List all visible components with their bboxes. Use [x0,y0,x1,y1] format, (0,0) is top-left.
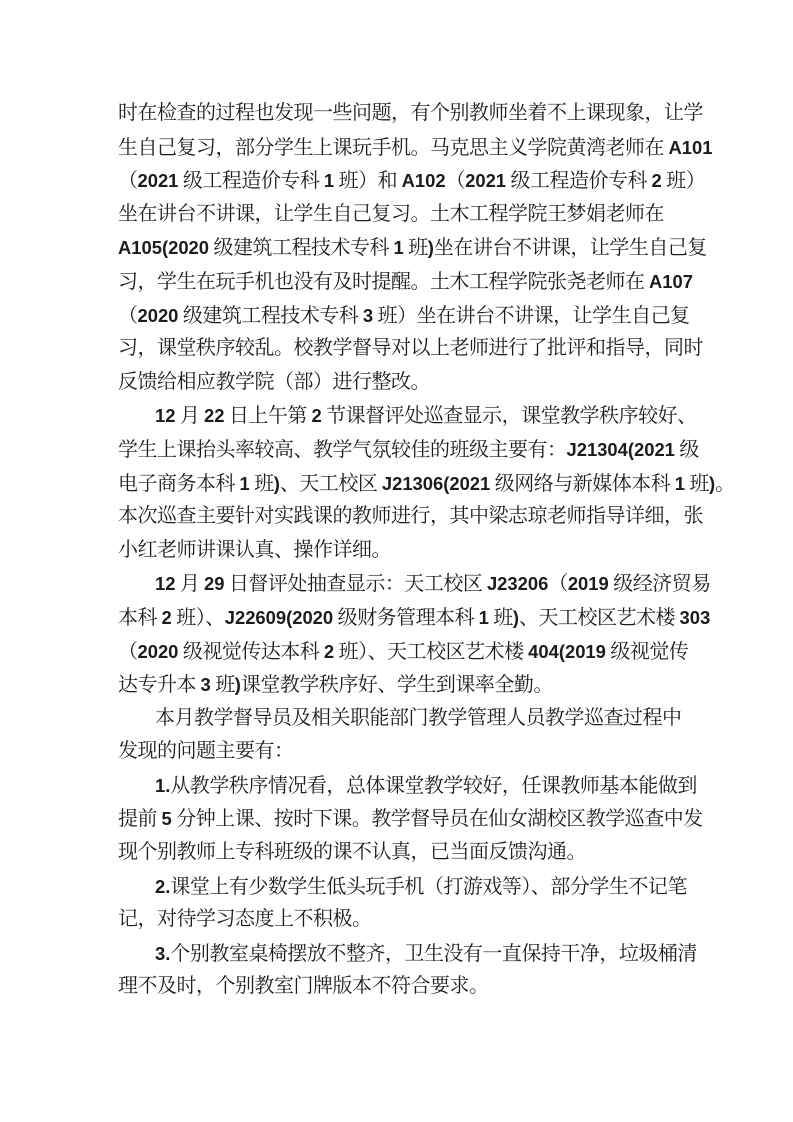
text-line: 理不及时，个别教室门牌版本不符合要求。 [118,970,683,1004]
paragraph-7-numbered-item-3: 3.个别教室桌椅摆放不整齐，卫生没有一直保持干净，垃圾桶清 理不及时，个别教室门… [118,937,683,1004]
document-text-body: 时在检查的过程也发现一些问题，有个别教师坐着不上课现象，让学 生自己复习，部分学… [118,97,683,1004]
text-line: 现个别教师上专科班级的课不认真，已当面反馈沟通。 [118,836,683,870]
text-line: 小红老师讲课认真、操作详细。 [118,534,683,568]
paragraph-3: 12 月 29 日督评处抽查显示：天工校区 J23206（2019 级经济贸易 … [118,567,683,701]
text-line: 12 月 22 日上午第 2 节课督评处巡查显示，课堂教学秩序较好、 [118,399,683,433]
text-line: 坐在讲台不讲课，让学生自己复习。土木工程学院王梦娟老师在 [118,198,683,232]
text-line: 发现的问题主要有： [118,735,683,769]
text-line: 学生上课抬头率较高、教学气氛较佳的班级主要有：J21304(2021 级 [118,433,683,467]
text-line: 习，学生在玩手机也没有及时提醒。土木工程学院张尧老师在 A107 [118,265,683,299]
text-line: 1.从教学秩序情况看，总体课堂教学较好，任课教师基本能做到 [118,769,683,803]
text-line: （2020 级建筑工程技术专科 3 班）坐在讲台不讲课，让学生自己复 [118,299,683,333]
text-line: 达专升本 3 班)课堂教学秩序好、学生到课率全勤。 [118,668,683,702]
paragraph-5-numbered-item-1: 1.从教学秩序情况看，总体课堂教学较好，任课教师基本能做到 提前 5 分钟上课、… [118,769,683,870]
text-line: 习，课堂秩序较乱。校教学督导对以上老师进行了批评和指导，同时 [118,332,683,366]
text-line: 本次巡查主要针对实践课的教师进行，其中梁志琼老师指导详细，张 [118,500,683,534]
text-line: 生自己复习，部分学生上课玩手机。马克思主义学院黄湾老师在 A101 [118,131,683,165]
document-page: 时在检查的过程也发现一些问题，有个别教师坐着不上课现象，让学 生自己复习，部分学… [0,0,793,1122]
text-line: 记，对待学习态度上不积极。 [118,903,683,937]
text-line: 电子商务本科 1 班)、天工校区 J21306(2021 级网络与新媒体本科 1… [118,467,683,501]
text-line: 反馈给相应教学院（部）进行整改。 [118,366,683,400]
text-line: 12 月 29 日督评处抽查显示：天工校区 J23206（2019 级经济贸易 [118,567,683,601]
text-line: 本月教学督导员及相关职能部门教学管理人员教学巡查过程中 [118,702,683,736]
text-line: （2021 级工程造价专科 1 班）和 A102（2021 级工程造价专科 2 … [118,164,683,198]
text-line: 提前 5 分钟上课、按时下课。教学督导员在仙女湖校区教学巡查中发 [118,802,683,836]
paragraph-1: 时在检查的过程也发现一些问题，有个别教师坐着不上课现象，让学 生自己复习，部分学… [118,97,683,399]
paragraph-4: 本月教学督导员及相关职能部门教学管理人员教学巡查过程中 发现的问题主要有： [118,702,683,769]
text-line: 时在检查的过程也发现一些问题，有个别教师坐着不上课现象，让学 [118,97,683,131]
text-line: 3.个别教室桌椅摆放不整齐，卫生没有一直保持干净，垃圾桶清 [118,937,683,971]
text-line: 2.课堂上有少数学生低头玩手机（打游戏等）、部分学生不记笔 [118,870,683,904]
text-line: （2020 级视觉传达本科 2 班）、天工校区艺术楼 404(2019 级视觉传 [118,635,683,669]
text-line: 本科 2 班）、J22609(2020 级财务管理本科 1 班)、天工校区艺术楼… [118,601,683,635]
paragraph-6-numbered-item-2: 2.课堂上有少数学生低头玩手机（打游戏等）、部分学生不记笔 记，对待学习态度上不… [118,870,683,937]
paragraph-2: 12 月 22 日上午第 2 节课督评处巡查显示，课堂教学秩序较好、 学生上课抬… [118,399,683,567]
text-line: A105(2020 级建筑工程技术专科 1 班)坐在讲台不讲课，让学生自己复 [118,231,683,265]
